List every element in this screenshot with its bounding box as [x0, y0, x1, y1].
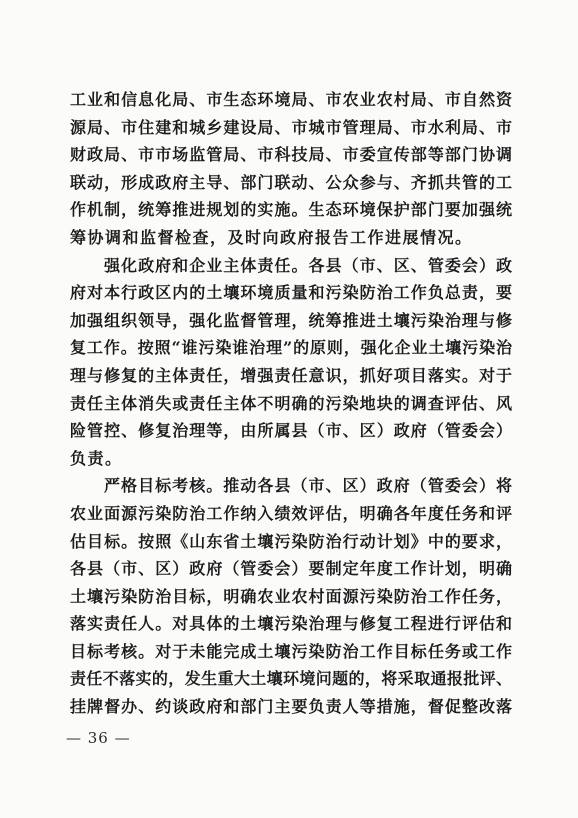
text-line: 责任主体消失或责任主体不明确的污染地块的调查评估、风: [70, 390, 512, 418]
text-line: 工业和信息化局、市生态环境局、市农业农村局、市自然资: [70, 86, 512, 114]
text-line: 农业面源污染防治工作纳入绩效评估，明确各年度任务和评: [70, 500, 512, 528]
document-page: 工业和信息化局、市生态环境局、市农业农村局、市自然资 源局、市住建和城乡建设局、…: [0, 0, 578, 818]
text-line: 理与修复的主体责任，增强责任意识，抓好项目落实。对于: [70, 362, 512, 390]
text-line: 目标考核。对于未能完成土壤污染防治工作目标任务或工作: [70, 638, 512, 666]
text-line: 筹协调和监督检查，及时向政府报告工作进展情况。: [70, 224, 512, 252]
text-line: 责任不落实的，发生重大土壤环境问题的，将采取通报批评、: [70, 665, 512, 693]
text-line: 复工作。按照“谁污染谁治理”的原则，强化企业土壤污染治: [70, 334, 512, 362]
text-line: 源局、市住建和城乡建设局、市城市管理局、市水利局、市: [70, 114, 512, 142]
paragraph: 工业和信息化局、市生态环境局、市农业农村局、市自然资 源局、市住建和城乡建设局、…: [70, 86, 512, 252]
page-number: — 36 —: [66, 729, 131, 747]
text-line: 强化政府和企业主体责任。各县（市、区、管委会）政: [70, 252, 512, 280]
text-line: 财政局、市市场监管局、市科技局、市委宣传部等部门协调: [70, 141, 512, 169]
text-line: 联动，形成政府主导、部门联动、公众参与、齐抓共管的工: [70, 169, 512, 197]
text-line: 土壤污染防治目标，明确农业农村面源污染防治工作任务，: [70, 583, 512, 611]
text-line: 挂牌督办、约谈政府和部门主要负责人等措施，督促整改落: [70, 693, 512, 721]
paragraph: 严格目标考核。推动各县（市、区）政府（管委会）将 农业面源污染防治工作纳入绩效评…: [70, 472, 512, 720]
text-line: 作机制，统筹推进规划的实施。生态环境保护部门要加强统: [70, 196, 512, 224]
text-line: 府对本行政区内的土壤环境质量和污染防治工作负总责，要: [70, 279, 512, 307]
text-line: 各县（市、区）政府（管委会）要制定年度工作计划，明确: [70, 555, 512, 583]
document-body: 工业和信息化局、市生态环境局、市农业农村局、市自然资 源局、市住建和城乡建设局、…: [70, 86, 512, 721]
text-line: 加强组织领导，强化监督管理，统筹推进土壤污染治理与修: [70, 307, 512, 335]
paragraph: 强化政府和企业主体责任。各县（市、区、管委会）政 府对本行政区内的土壤环境质量和…: [70, 252, 512, 473]
text-line: 严格目标考核。推动各县（市、区）政府（管委会）将: [70, 472, 512, 500]
text-line: 落实责任人。对具体的土壤污染治理与修复工程进行评估和: [70, 610, 512, 638]
text-line: 负责。: [70, 445, 512, 473]
text-line: 估目标。按照《山东省土壤污染防治行动计划》中的要求，: [70, 528, 512, 556]
text-line: 险管控、修复治理等，由所属县（市、区）政府（管委会）: [70, 417, 512, 445]
